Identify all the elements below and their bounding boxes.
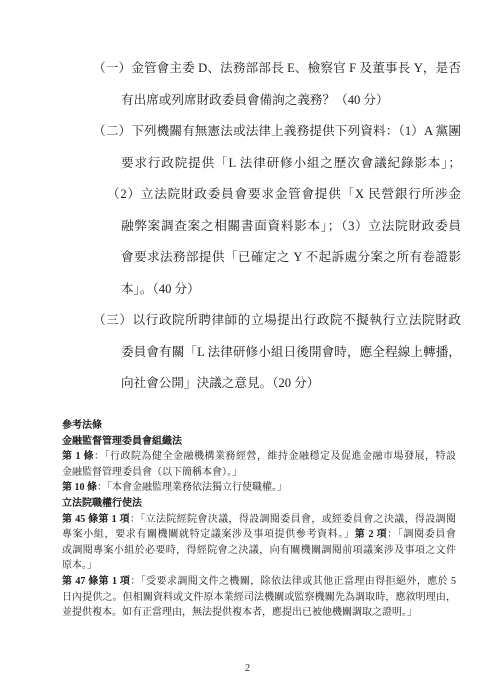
article-text: ：「調閱委員會	[387, 529, 456, 540]
article-text: ：「行政院為健全金融機構業務經營，維持金融穩定及促進金融市場發展，特設	[94, 451, 456, 462]
reference-line: 第 1 條：「行政院為健全金融機構業務經營，維持金融穩定及促進金融市場發展，特設	[62, 449, 456, 465]
question-line: 向社會公開」決議之意見。（20 分）	[93, 368, 461, 400]
references-heading: 參考法條	[62, 418, 456, 434]
reference-line: 並提供複本。如有正當理由，無法提供複本者，應提出已被他機關調取之證明。」	[62, 605, 456, 621]
article-number: 第 10 條	[62, 482, 97, 493]
question-item-1: （一）金管會主委 D、法務部部長 E、檢察官 F 及董事長 Y，是否 有出席或列…	[93, 53, 461, 116]
question-item-3: （三）以行政院所聘律師的立場提出行政院不擬執行立法院財政 委員會有關「L 法律研…	[93, 305, 461, 400]
reference-line: 第 47 條第 1 項：「受要求調閱文件之機關，除依法律或其他正當理由得拒絕外，…	[62, 574, 456, 590]
question-line: 要求行政院提供「L 法律研修小組之歷次會議紀錄影本」；	[93, 148, 461, 180]
question-line: （三）以行政院所聘律師的立場提出行政院不擬執行立法院財政	[93, 305, 461, 337]
article-number: 第 1 條	[62, 451, 94, 462]
article-text: ：「受要求調閱文件之機關，除依法律或其他正當理由得拒絕外，應於 5	[130, 576, 456, 587]
law-title: 金融監督管理委員會組織法	[62, 434, 456, 450]
page-number: 2	[0, 663, 495, 674]
question-line: （二）下列機關有無憲法或法律上義務提供下列資料：（1）A 黨團	[93, 116, 461, 148]
reference-line: 或調閱專案小組於必要時，得經院會之決議，向有關機關調閱前項議案涉及事項之文件	[62, 543, 456, 559]
references-section: 參考法條 金融監督管理委員會組織法 第 1 條：「行政院為健全金融機構業務經營，…	[62, 418, 456, 621]
question-line: 有出席或列席財政委員會備詢之義務？（40 分）	[93, 85, 461, 117]
article-number: 第 2 項	[355, 529, 388, 540]
question-line: 會要求法務部提供「已確定之 Y 不起訴處分案之所有卷證影	[93, 242, 461, 274]
question-line: 委員會有關「L 法律研修小組日後開會時，應全程線上轉播，	[93, 337, 461, 369]
article-text: 專案小組，要求有關機關就特定議案涉及事項提供參考資料。」	[62, 529, 355, 540]
article-number: 第 45 條第 1 項	[62, 514, 130, 525]
question-line: （一）金管會主委 D、法務部部長 E、檢察官 F 及董事長 Y，是否	[93, 53, 461, 85]
question-line: 融弊案調查案之相關書面資料影本」；（3）立法院財政委員	[93, 211, 461, 243]
reference-line: 金融監督管理委員會（以下簡稱本會）。」	[62, 465, 456, 481]
question-line: 本」。（40 分）	[93, 274, 461, 306]
article-text: ：「立法院經院會決議，得設調閱委員會，或經委員會之決議，得設調閱	[130, 514, 456, 525]
law-title: 立法院職權行使法	[62, 496, 456, 512]
question-item-2: （二）下列機關有無憲法或法律上義務提供下列資料：（1）A 黨團 要求行政院提供「…	[93, 116, 461, 305]
question-section: （一）金管會主委 D、法務部部長 E、檢察官 F 及董事長 Y，是否 有出席或列…	[93, 53, 461, 400]
reference-line: 原本。」	[62, 558, 456, 574]
article-number: 第 47 條第 1 項	[62, 576, 130, 587]
reference-line: 第 10 條：「本會金融監理業務依法獨立行使職權。」	[62, 480, 456, 496]
reference-line: 第 45 條第 1 項：「立法院經院會決議，得設調閱委員會，或經委員會之決議，得…	[62, 512, 456, 528]
article-text: ：「本會金融監理業務依法獨立行使職權。」	[97, 482, 287, 493]
question-line: （2）立法院財政委員會要求金管會提供「X 民營銀行所涉金	[93, 179, 461, 211]
reference-line: 專案小組，要求有關機關就特定議案涉及事項提供參考資料。」第 2 項：「調閱委員會	[62, 527, 456, 543]
reference-line: 日內提供之。但相關資料或文件原本業經司法機關或監察機關先為調取時，應敘明理由，	[62, 590, 456, 606]
